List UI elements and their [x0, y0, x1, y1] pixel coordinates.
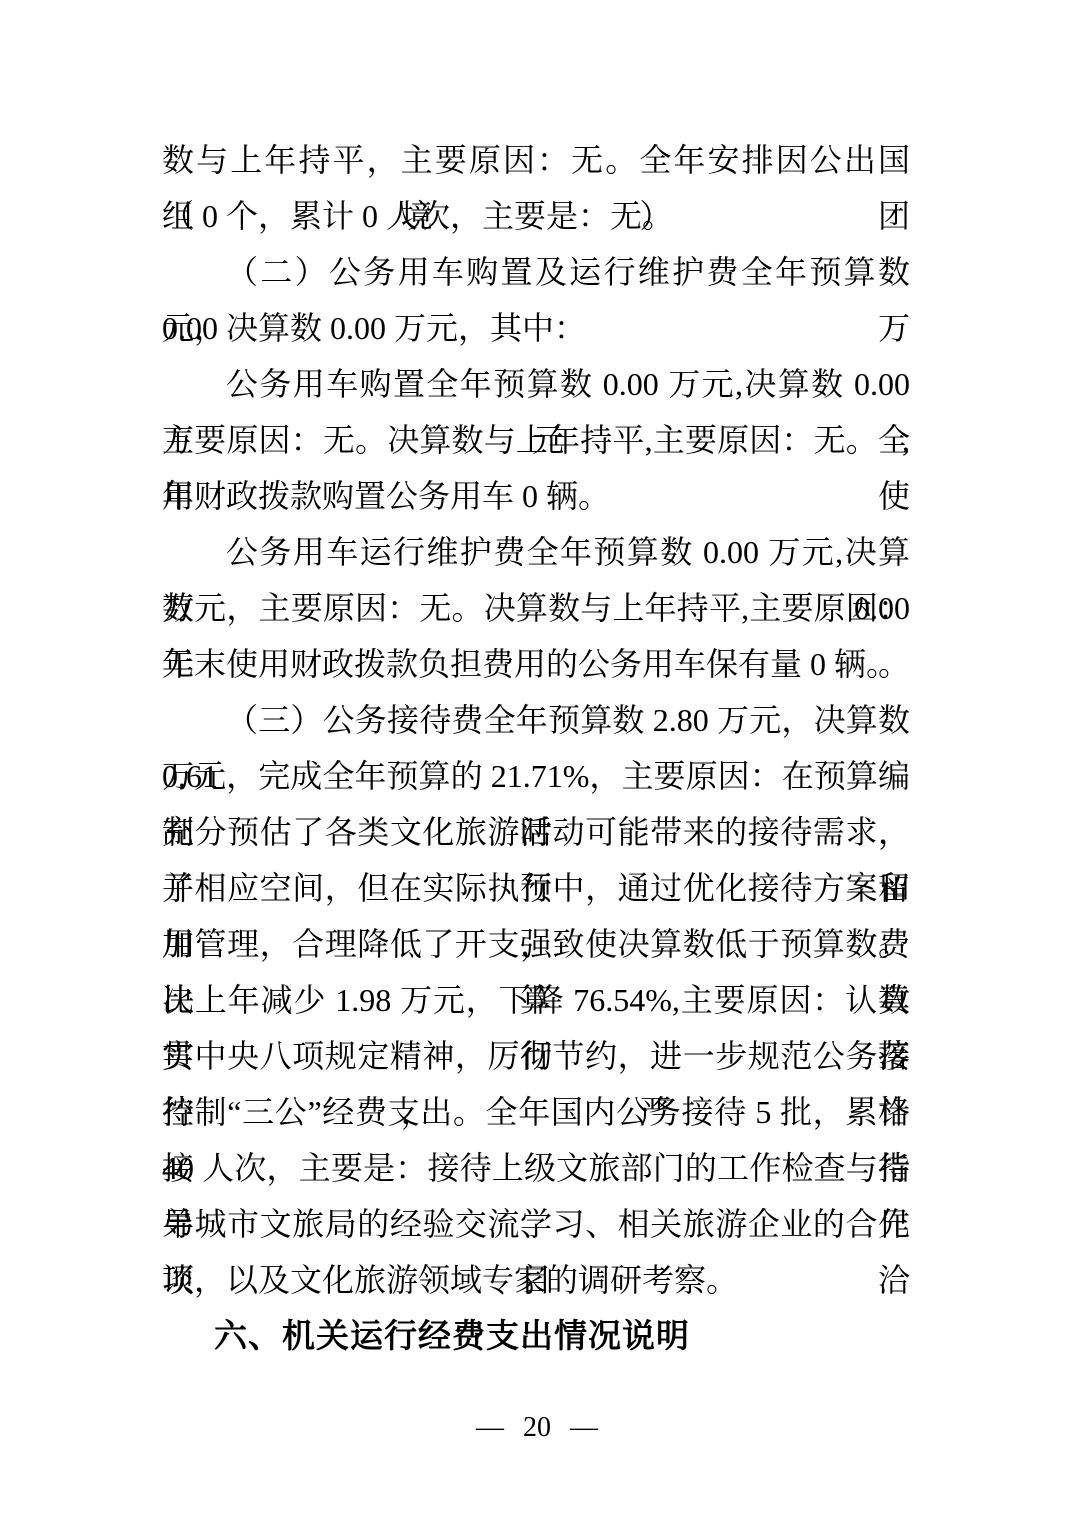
- document-page: 数与上年持平，主要原因：无。全年安排因公出国（境）团 组 0 个，累计 0 人次…: [0, 0, 1074, 1520]
- section-heading: 六、机关运行经费支出情况说明: [162, 1308, 910, 1364]
- text-line: 万元，完成全年预算的 21.71%，主要原因：在预算编制时，: [162, 748, 910, 804]
- text-line: 用管理，合理降低了开支，致使决算数低于预算数。决算数: [162, 916, 910, 972]
- text-line: 万元，主要原因：无。决算数与上年持平,主要原因：无。: [162, 580, 910, 636]
- text-line: 了相应空间，但在实际执行中，通过优化接待方案和加强费: [162, 860, 910, 916]
- text-line: 公务用车购置全年预算数 0.00 万元,决算数 0.00 万元,: [162, 356, 910, 412]
- page-number: — 20 —: [0, 1400, 1074, 1456]
- text-line: 弟城市文旅局的经验交流学习、相关旅游企业的合作项目洽: [162, 1196, 910, 1252]
- text-line: 充分预估了各类文化旅游活动可能带来的接待需求，并预留: [162, 804, 910, 860]
- document-body: 数与上年持平，主要原因：无。全年安排因公出国（境）团 组 0 个，累计 0 人次…: [162, 132, 910, 1364]
- text-line: （二）公务用车购置及运行维护费全年预算数 0.00 万: [162, 244, 910, 300]
- text-line: （三）公务接待费全年预算数 2.80 万元，决算数 0.61: [162, 692, 910, 748]
- text-line: 数与上年持平，主要原因：无。全年安排因公出国（境）团: [162, 132, 910, 188]
- text-line: 实中央八项规定精神，厉行节约，进一步规范公务接待，严格: [162, 1028, 910, 1084]
- text-line: 控制“三公”经费支出。全年国内公务接待 5 批，累计接待: [162, 1084, 910, 1140]
- text-line: 主要原因：无。决算数与上年持平,主要原因：无。全年使: [162, 412, 910, 468]
- text-line: 公务用车运行维护费全年预算数 0.00 万元,决算数 0.00: [162, 524, 910, 580]
- text-line: 比上年减少 1.98 万元，下降 76.54%,主要原因：认真贯彻落: [162, 972, 910, 1028]
- text-line: 40 人次，主要是：接待上级文旅部门的工作检查与指导、兄: [162, 1140, 910, 1196]
- text-line: 年末使用财政拨款负担费用的公务用车保有量 0 辆。: [162, 636, 910, 692]
